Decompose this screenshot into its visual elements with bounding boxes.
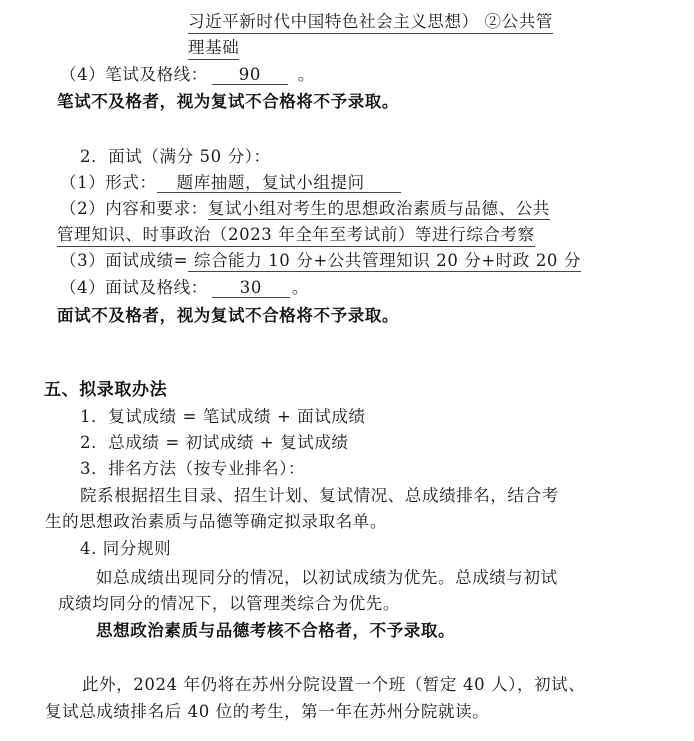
interview-form: （1）形式：题库抽题，复试小组提问 bbox=[60, 173, 401, 193]
interview-form-label: （1）形式： bbox=[60, 173, 157, 192]
suzhou-note-line-2: 复试总成绩排名后 40 位的考生，第一年在苏州分院就读。 bbox=[45, 702, 489, 722]
written-subject-line-2: 理基础 bbox=[188, 38, 239, 60]
interview-content: （2）内容和要求：复试小组对考生的思想政治素质与品德、公共 bbox=[60, 199, 550, 219]
admission-item-4: 4. 同分规则 bbox=[80, 539, 171, 559]
interview-content-value-2: 管理知识、时事政治（2023 年全年至考试前）等进行综合考察 bbox=[57, 225, 535, 247]
admission-item-2: 2．总成绩 = 初试成绩 + 复试成绩 bbox=[80, 433, 349, 453]
interview-fail-note: 面试不及格者，视为复试不合格将不予录取。 bbox=[57, 306, 399, 326]
written-pass-line-value: 90 bbox=[212, 66, 288, 85]
written-pass-line-label: （4）笔试及格线： bbox=[60, 65, 208, 84]
admission-item-3-para-2: 生的思想政治素质与品德等确定拟录取名单。 bbox=[45, 512, 387, 532]
interview-pass-line-value: 30 bbox=[212, 279, 290, 298]
interview-pass-line: （4）面试及格线：30。 bbox=[60, 278, 309, 298]
admission-item-1: 1．复试成绩 = 笔试成绩 + 面试成绩 bbox=[80, 407, 366, 427]
interview-heading: 2．面试（满分 50 分）： bbox=[80, 147, 271, 167]
moral-fail-note: 思想政治素质与品德考核不合格者，不予录取。 bbox=[96, 621, 455, 641]
interview-content-label: （2）内容和要求： bbox=[60, 199, 208, 218]
written-subject-line-1: 习近平新时代中国特色社会主义思想） ②公共管 bbox=[188, 12, 553, 34]
admission-heading: 五、拟录取办法 bbox=[44, 380, 167, 400]
suzhou-note-line-1: 此外，2024 年仍将在苏州分院设置一个班（暂定 40 人），初试、 bbox=[82, 675, 585, 695]
interview-score-value: 综合能力 10 分+公共管理知识 20 分+时政 20 分 bbox=[188, 251, 581, 272]
interview-score: （3）面试成绩= 综合能力 10 分+公共管理知识 20 分+时政 20 分 bbox=[60, 251, 581, 271]
admission-item-3-para-1: 院系根据招生目录、招生计划、复试情况、总成绩排名，结合考 bbox=[80, 486, 559, 506]
written-pass-line-suffix: 。 bbox=[298, 65, 315, 84]
admission-item-4-para-2: 成绩均同分的情况下，以管理类综合为优先。 bbox=[58, 594, 400, 614]
written-fail-note: 笔试不及格者，视为复试不合格将不予录取。 bbox=[57, 92, 399, 112]
interview-content-value-1: 复试小组对考生的思想政治素质与品德、公共 bbox=[208, 199, 550, 220]
interview-pass-line-suffix: 。 bbox=[292, 278, 309, 297]
admission-item-4-para-1: 如总成绩出现同分的情况，以初试成绩为优先。总成绩与初试 bbox=[96, 568, 558, 588]
interview-form-value: 题库抽题，复试小组提问 bbox=[177, 173, 365, 192]
interview-pass-line-label: （4）面试及格线： bbox=[60, 278, 208, 297]
interview-form-value-wrap: 题库抽题，复试小组提问 bbox=[157, 174, 401, 193]
written-pass-line: （4）笔试及格线：90。 bbox=[60, 65, 315, 85]
interview-score-label: （3）面试成绩= bbox=[60, 251, 188, 270]
admission-item-3: 3．排名方法（按专业排名）： bbox=[80, 459, 305, 479]
